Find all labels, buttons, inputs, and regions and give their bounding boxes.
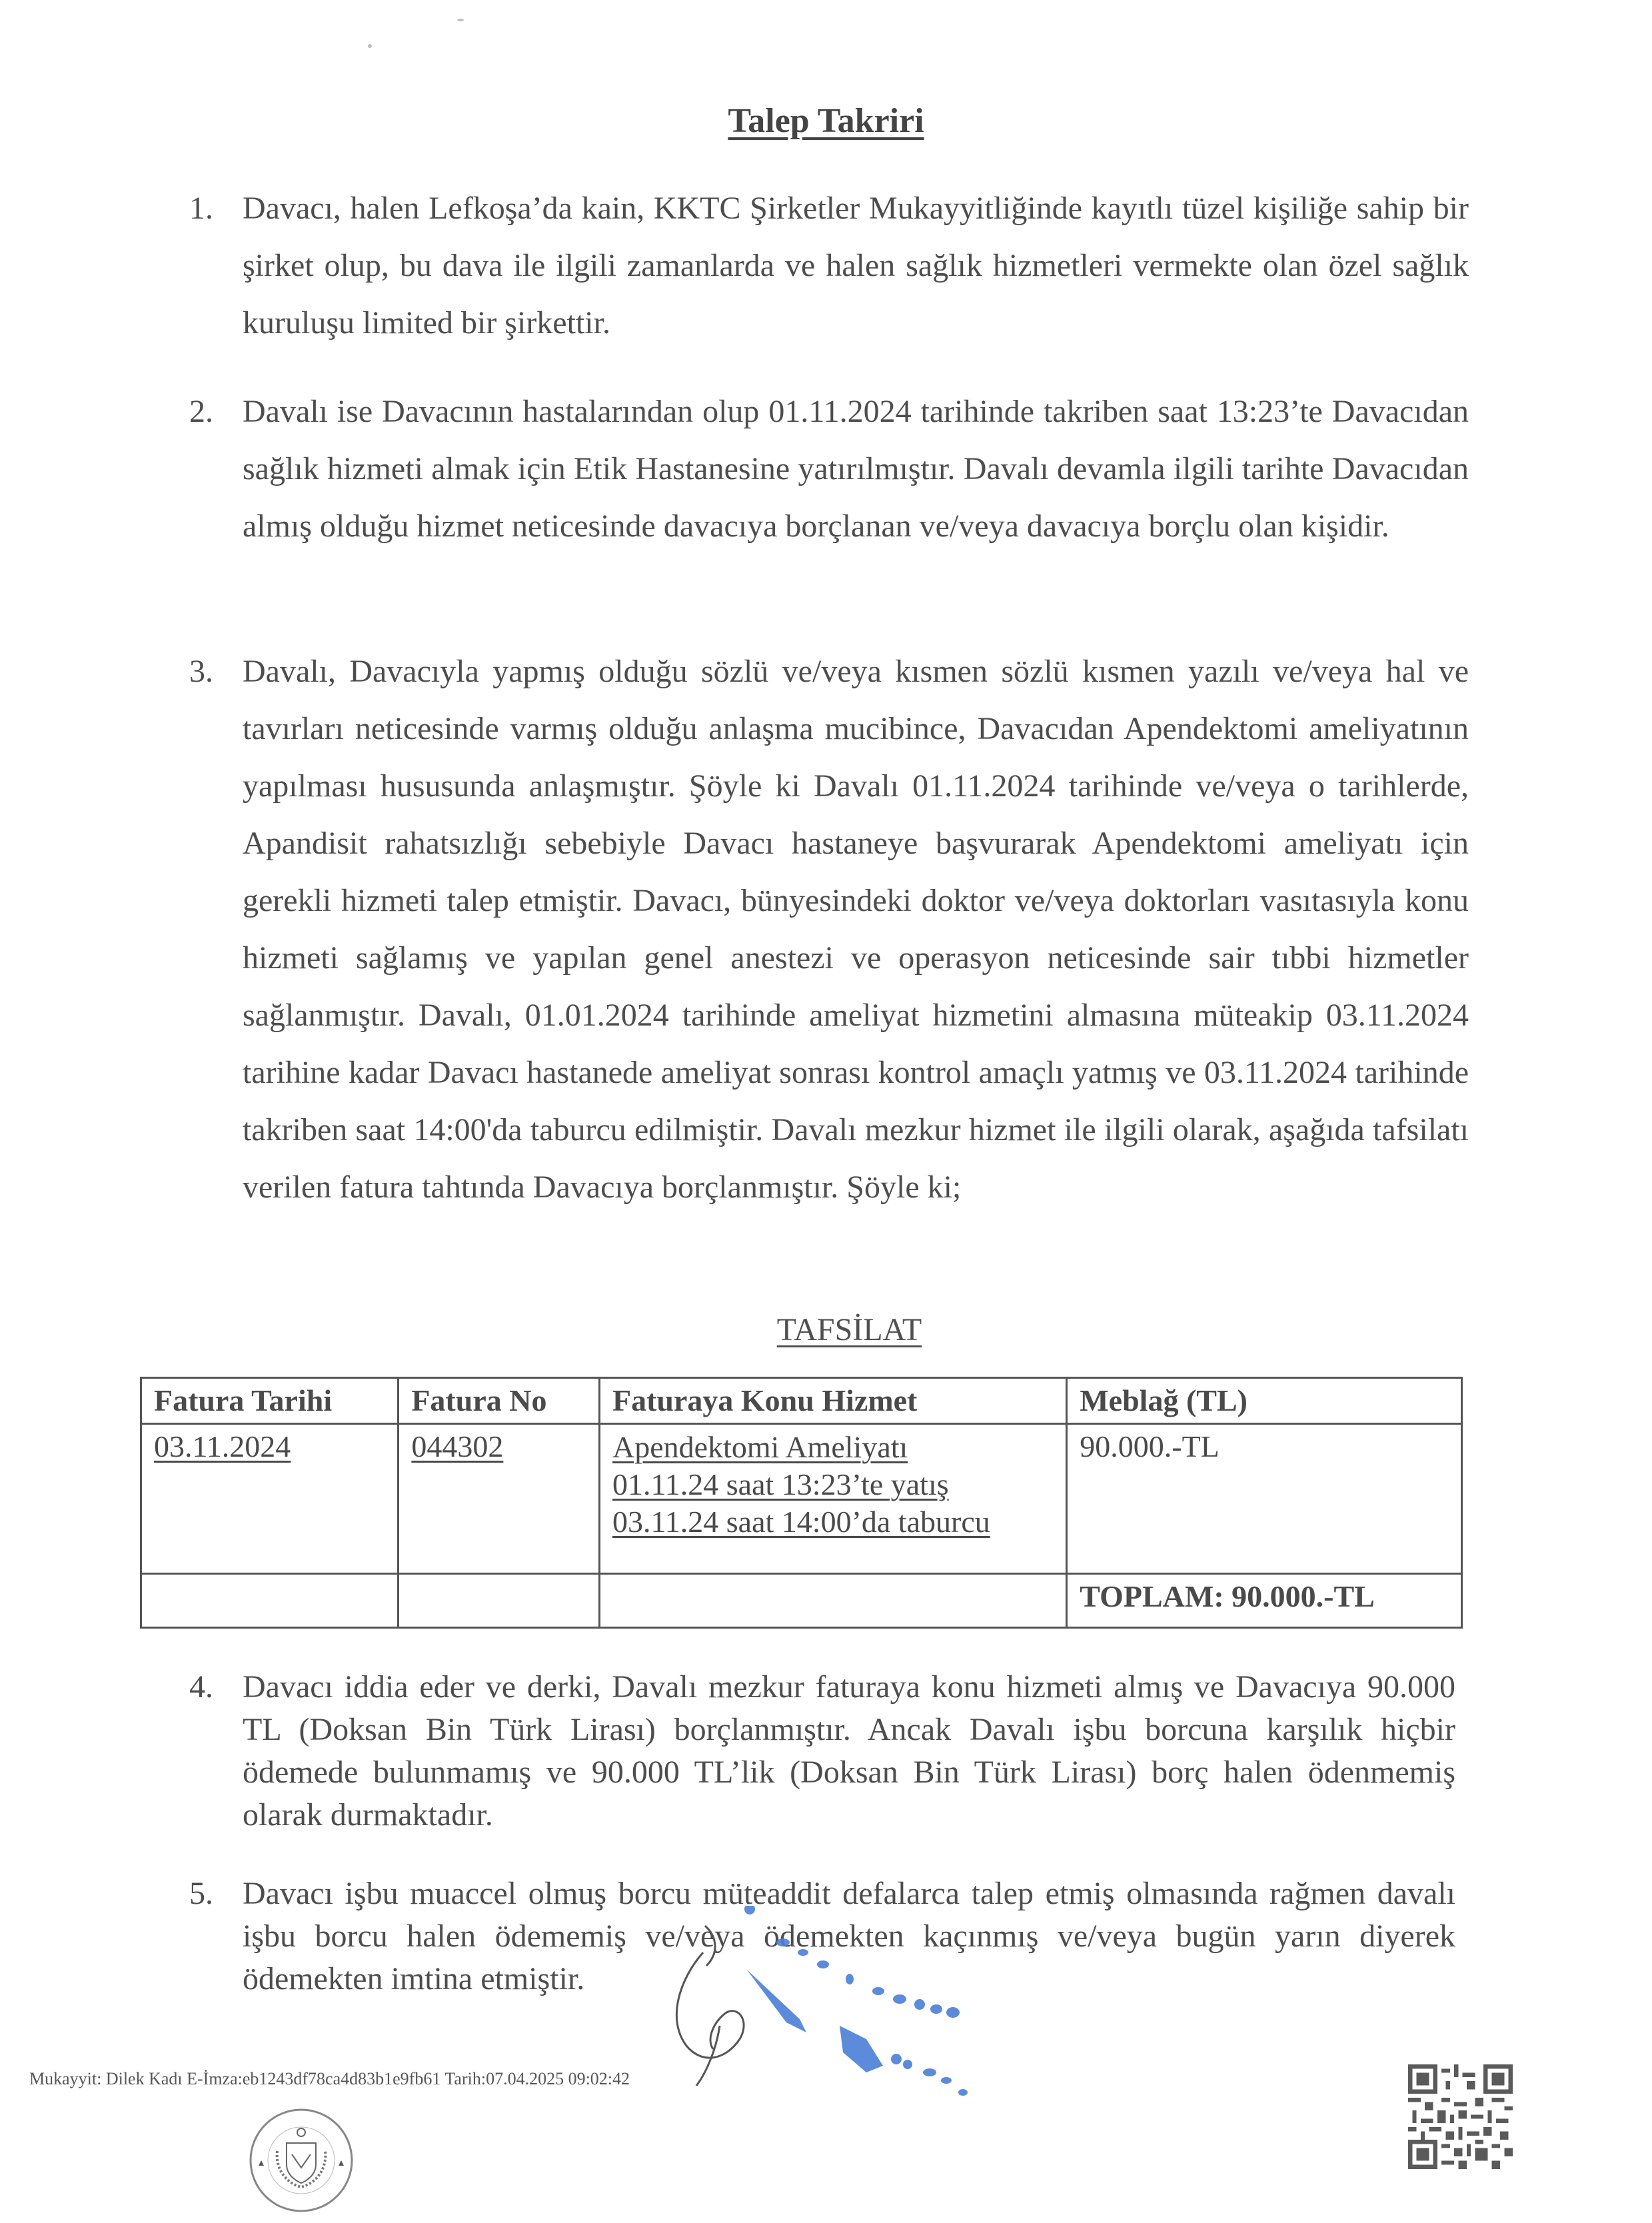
- invoice-date: 03.11.2024: [154, 1429, 291, 1463]
- cell-fatura-no: 044302: [399, 1424, 600, 1574]
- scan-speck: [457, 19, 464, 21]
- service-line: 03.11.24 saat 14:00’da taburcu: [612, 1505, 990, 1539]
- cell-hizmet: Apendektomi Ameliyatı 01.11.24 saat 13:2…: [599, 1424, 1066, 1574]
- empty-cell: [141, 1574, 399, 1628]
- service-line: Apendektomi Ameliyatı: [612, 1430, 908, 1464]
- tafsilat-heading-text: TAFSİLAT: [777, 1312, 922, 1347]
- paragraph-number: 5.: [189, 1872, 236, 1915]
- registry-signature-line: Mukayyit: Dilek Kadı E-İmza:eb1243df78ca…: [29, 2069, 630, 2089]
- qr-code-icon[interactable]: [1408, 2064, 1513, 2169]
- paragraph-text: Davacı, halen Lefkoşa’da kain, KKTC Şirk…: [243, 180, 1469, 352]
- paragraph-number: 2.: [189, 383, 236, 440]
- paragraph-3: 3. Davalı, Davacıyla yapmış olduğu sözlü…: [189, 643, 1469, 1216]
- paragraph-text: Davacı iddia eder ve derki, Davalı mezku…: [243, 1666, 1455, 1837]
- handwritten-signature-icon: [666, 1906, 1093, 2126]
- column-header-hizmet: Faturaya Konu Hizmet: [599, 1378, 1066, 1424]
- table-row: 03.11.2024 044302 Apendektomi Ameliyatı …: [141, 1424, 1462, 1574]
- paragraph-text: Davalı, Davacıyla yapmış olduğu sözlü ve…: [243, 643, 1469, 1216]
- tafsilat-heading: TAFSİLAT: [0, 1311, 1652, 1348]
- document-page: Talep Takriri 1. Davacı, halen Lefkoşa’d…: [0, 0, 1652, 2223]
- cell-fatura-tarihi: 03.11.2024: [141, 1424, 399, 1574]
- invoice-number: 044302: [411, 1429, 503, 1463]
- column-header-fatura-tarihi: Fatura Tarihi: [141, 1378, 399, 1424]
- invoice-table-header: Fatura Tarihi Fatura No Faturaya Konu Hi…: [141, 1378, 1462, 1424]
- court-seal-icon: [245, 2104, 357, 2216]
- scan-speck: [368, 44, 372, 48]
- paragraph-2: 2. Davalı ise Davacının hastalarından ol…: [189, 383, 1469, 555]
- paragraph-1: 1. Davacı, halen Lefkoşa’da kain, KKTC Ş…: [189, 180, 1469, 352]
- paragraph-number: 1.: [189, 180, 236, 237]
- column-header-meblag: Meblağ (TL): [1067, 1378, 1462, 1424]
- total-amount: TOPLAM: 90.000.-TL: [1067, 1574, 1462, 1628]
- cell-meblag: 90.000.-TL: [1067, 1424, 1462, 1574]
- table-total-row: TOPLAM: 90.000.-TL: [141, 1574, 1462, 1628]
- invoice-table: Fatura Tarihi Fatura No Faturaya Konu Hi…: [140, 1377, 1463, 1629]
- paragraph-text: Davalı ise Davacının hastalarından olup …: [243, 383, 1469, 555]
- paragraph-number: 4.: [189, 1666, 236, 1709]
- empty-cell: [399, 1574, 600, 1628]
- document-title: Talep Takriri: [0, 101, 1652, 141]
- empty-cell: [599, 1574, 1066, 1628]
- paragraph-number: 3.: [189, 643, 236, 700]
- service-line: 01.11.24 saat 13:23’te yatış: [612, 1467, 949, 1501]
- column-header-fatura-no: Fatura No: [399, 1378, 600, 1424]
- paragraph-4: 4. Davacı iddia eder ve derki, Davalı me…: [189, 1666, 1455, 1837]
